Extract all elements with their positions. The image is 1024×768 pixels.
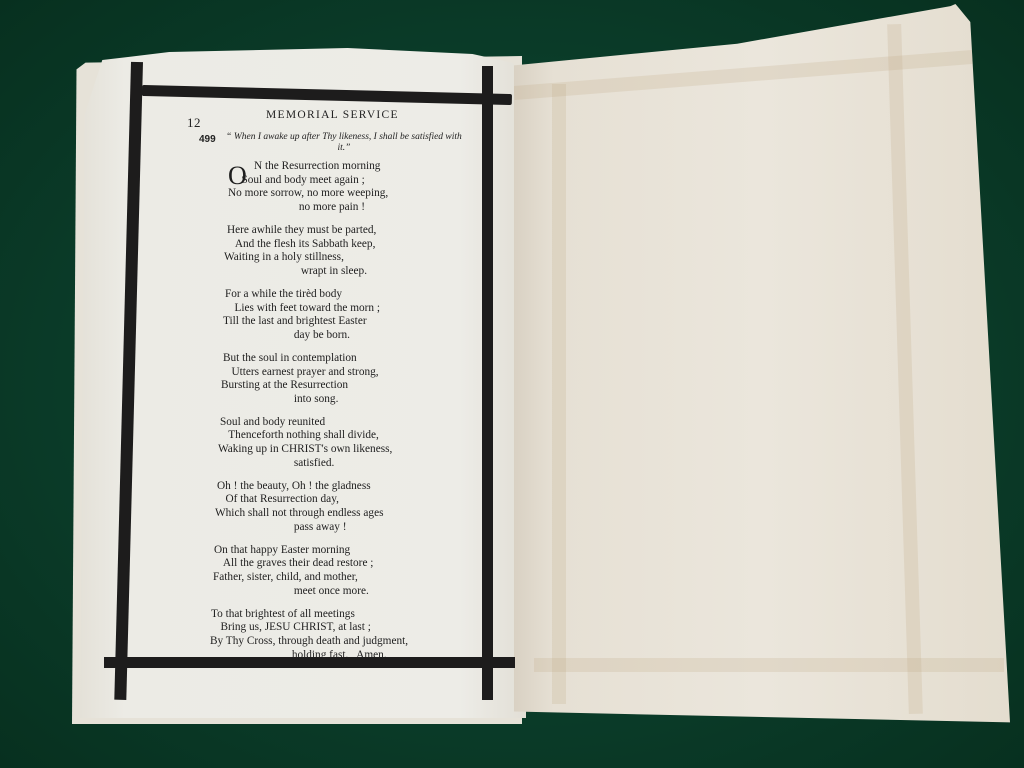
- epigraph: “ When I awake up after Thy likeness, I …: [226, 132, 462, 154]
- stanza: On that happy Easter morning All the gra…: [203, 544, 463, 598]
- verse-line: Bursting at the Resurrection: [203, 379, 463, 393]
- verse-line: Here awhile they must be parted,: [203, 224, 463, 238]
- running-head: MEMORIAL SERVICE: [266, 109, 399, 121]
- hymn-text: N the Resurrection morning Soul and body…: [203, 160, 463, 672]
- verse-line: holding fast. Amen.: [203, 649, 463, 663]
- verse-line: Father, sister, child, and mother,: [203, 571, 463, 585]
- verse-line: N the Resurrection morning: [203, 160, 463, 174]
- ghost-border-left: [552, 84, 566, 704]
- verse-line: By Thy Cross, through death and judgment…: [203, 635, 463, 649]
- verse-line: wrapt in sleep.: [203, 265, 463, 279]
- verse-line: day be born.: [203, 329, 463, 343]
- verse-line: For a while the tirèd body: [203, 288, 463, 302]
- verse-line: satisfied.: [203, 457, 463, 471]
- right-page: [514, 4, 1010, 726]
- stanza: But the soul in contemplation Utters ear…: [203, 352, 463, 406]
- hymn-number: 499: [199, 134, 216, 145]
- verse-line: meet once more.: [203, 585, 463, 599]
- verse-line: Waiting in a holy stillness,: [203, 251, 463, 265]
- verse-line: Of that Resurrection day,: [203, 493, 463, 507]
- ghost-border-right: [887, 24, 923, 714]
- stanza: To that brightest of all meetings Bring …: [203, 608, 463, 662]
- verse-line: Utters earnest prayer and strong,: [203, 366, 463, 380]
- verse-line: Bring us, JESU CHRIST, at last ;: [203, 621, 463, 635]
- stanza: For a while the tirèd body Lies with fee…: [203, 288, 463, 342]
- verse-line: Soul and body meet again ;: [203, 174, 463, 188]
- verse-line: No more sorrow, no more weeping,: [203, 187, 463, 201]
- verse-line: no more pain !: [203, 201, 463, 215]
- verse-line: pass away !: [203, 521, 463, 535]
- stanza: Oh ! the beauty, Oh ! the gladness Of th…: [203, 480, 463, 534]
- ghost-border-top: [513, 47, 1009, 100]
- ghost-border-bottom: [534, 658, 1004, 672]
- verse-line: Thenceforth nothing shall divide,: [203, 429, 463, 443]
- verse-line: into song.: [203, 393, 463, 407]
- page-number: 12: [187, 115, 201, 131]
- stanza: Soul and body reunited Thenceforth nothi…: [203, 416, 463, 470]
- verse-line: Waking up in CHRIST's own likeness,: [203, 443, 463, 457]
- stanza: Here awhile they must be parted, And the…: [203, 224, 463, 278]
- verse-line: Soul and body reunited: [203, 416, 463, 430]
- verse-line: But the soul in contemplation: [203, 352, 463, 366]
- verse-line: On that happy Easter morning: [203, 544, 463, 558]
- verse-line: Which shall not through endless ages: [203, 507, 463, 521]
- verse-line: Till the last and brightest Easter: [203, 315, 463, 329]
- verse-line: To that brightest of all meetings: [203, 608, 463, 622]
- stanza: N the Resurrection morning Soul and body…: [203, 160, 463, 214]
- verse-line: All the graves their dead restore ;: [203, 557, 463, 571]
- verse-line: And the flesh its Sabbath keep,: [203, 238, 463, 252]
- border-right: [482, 66, 493, 700]
- verse-line: Lies with feet toward the morn ;: [203, 302, 463, 316]
- verse-line: Oh ! the beauty, Oh ! the gladness: [203, 480, 463, 494]
